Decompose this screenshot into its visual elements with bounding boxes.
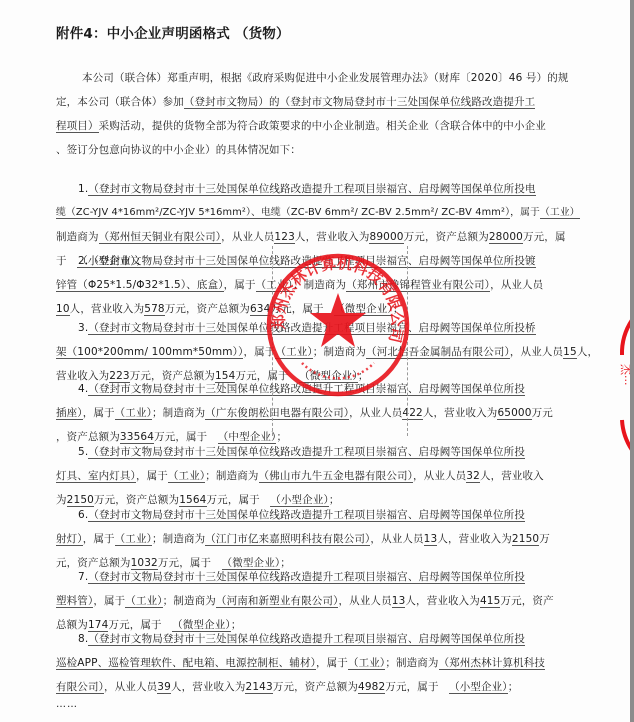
item-number: 2.: [78, 255, 88, 267]
ellipsis: ……: [56, 699, 78, 710]
label: ，从业人员: [221, 231, 274, 243]
label: ，属于: [243, 346, 275, 358]
goods-desc: 锌管（Φ25*1.5/Φ32*1.5）、底盒）: [56, 279, 224, 292]
item-number: 8.: [78, 633, 88, 645]
buyer-name: （登封市文物局）: [184, 96, 269, 109]
goods-desc: （登封市文物局登封市十三处国保单位线路改造提升工程项目崇福宫、启母阙等国保单位所…: [88, 446, 525, 459]
goods-desc: （登封市文物局登封市十三处国保单位线路改造提升工程项目崇福宫、启母阙等国保单位所…: [88, 383, 525, 396]
revenue: 89000: [369, 231, 403, 244]
manufacturer: （郑州市豫锦程管业有限公司）: [346, 279, 490, 292]
goods-desc: 巡检APP、巡检管理软件、配电箱、电源控制柜、辅材）: [56, 657, 316, 670]
label: ，属于: [316, 657, 348, 669]
label: 人，营业收入为: [295, 231, 370, 243]
industry: （工业）: [125, 595, 162, 608]
goods-desc: 灯具、室内灯具）: [56, 470, 136, 483]
item-5: 5.（登封市文物局登封市十三处国保单位线路改造提升工程项目崇福宫、启母阙等国保单…: [56, 440, 564, 512]
label: 万元，属于: [385, 681, 438, 693]
label: 人，营业收入为: [70, 303, 145, 315]
intro-paragraph: 本公司（联合体）郑重声明，根据《政府采购促进中小企业发展管理办法》（财库〔202…: [56, 66, 564, 162]
item-number: 1.: [78, 183, 88, 195]
item-number: 5.: [78, 446, 88, 458]
label: 人，营业收入为: [405, 595, 480, 607]
label: 万元，属于: [270, 303, 323, 315]
label: ，从业人员: [490, 279, 543, 291]
label: ，从业人员: [370, 533, 423, 545]
project-name: （登封市文物局登封市十三处国保单位线路改造提升工: [280, 96, 536, 109]
label: ；制造商为: [152, 407, 205, 419]
label: ；制造商为: [293, 279, 346, 291]
label: 人，营业收入为: [437, 533, 512, 545]
goods-desc: （登封市文物局登封市十三处国保单位线路改造提升工程项目崇福宫、启母阙等国保单位所…: [88, 183, 535, 196]
label: ；制造商为: [163, 595, 216, 607]
manufacturer: （郑州杰林计算机科技: [439, 657, 546, 670]
staff-count: 422: [402, 407, 423, 420]
label: ，属于: [83, 407, 115, 419]
label: 万元，资产总额为: [165, 303, 250, 315]
staff-count: 10: [56, 303, 70, 316]
goods-desc: 塑料管）: [56, 595, 93, 608]
label: ，从业人员: [338, 595, 391, 607]
item-8: 8.（登封市文物局登封市十三处国保单位线路改造提升工程项目崇福宫、启母阙等国保单…: [56, 627, 564, 699]
page-edge-scrollbar: [630, 0, 634, 722]
manufacturer: （河南和新塑业有限公司）: [216, 595, 339, 608]
label: ；制造商为: [205, 470, 258, 482]
enterprise-size: （小型企业）: [449, 681, 508, 694]
label: 万元，资产总额为: [273, 681, 358, 693]
enterprise-size: （微型企业）: [334, 303, 393, 316]
industry: （工业）: [168, 470, 205, 483]
revenue: 2143: [245, 681, 272, 694]
goods-desc: （登封市文物局登封市十三处国保单位线路改造提升工程项目崇福宫、启母阙等国保单位所…: [88, 255, 535, 268]
label: ；制造商为: [152, 533, 205, 545]
staff-count: 123: [274, 231, 295, 244]
label: 人，营业收入为: [171, 681, 246, 693]
industry: （工业）: [256, 279, 293, 292]
label: ；制造商为: [313, 346, 366, 358]
goods-desc: 插座）: [56, 407, 83, 420]
label: ；: [393, 303, 404, 315]
goods-desc: （登封市文物局登封市十三处国保单位线路改造提升工程项目崇福宫、启母阙等国保单位所…: [88, 633, 525, 646]
goods-desc: 缆（ZC-YJV 4*16mm²/ZC-YJV 5*16mm²）、电缆（ZC-B…: [56, 207, 510, 219]
item-number: 3.: [78, 322, 88, 334]
document-page: 附件4：中小企业声明函格式 （货物） 本公司（联合体）郑重声明，根据《政府采购促…: [0, 0, 630, 722]
label: ，属于: [136, 470, 168, 482]
intro-text: 、签订分包意向协议的中小企业）的具体情况如下：: [56, 144, 301, 156]
staff-count: 32: [466, 470, 480, 483]
label: 人，营业收入为: [423, 407, 498, 419]
intro-text: 采购活动，提供的货物全部为符合政策要求的中小企业制造。相关企业（含联合体中的中小…: [99, 120, 546, 132]
label: ；: [508, 681, 519, 693]
label: ，属于: [83, 533, 115, 545]
industry: （工业）: [348, 657, 385, 670]
staff-count: 15: [563, 346, 577, 359]
intro-line: 本公司（联合体）郑重声明，根据《政府采购促进中小企业发展管理办法》（财库〔202…: [82, 72, 569, 84]
goods-desc: （登封市文物局登封市十三处国保单位线路改造提升工程项目崇福宫、启母阙等国保单位所…: [88, 322, 535, 335]
industry: （工业）: [115, 407, 152, 420]
revenue: 65000: [497, 407, 531, 420]
item-number: 4.: [78, 383, 88, 395]
label: ；制造商为: [385, 657, 438, 669]
item-number: 7.: [78, 571, 88, 583]
staff-count: 39: [157, 681, 171, 694]
assets: 634: [250, 303, 271, 316]
project-name-cont: 程项目）: [56, 120, 99, 133]
item-2: 2.（登封市文物局登封市十三处国保单位线路改造提升工程项目崇福宫、启母阙等国保单…: [56, 249, 564, 321]
manufacturer: （河北怡吾金属制品有限公司）: [366, 346, 510, 359]
label: ，从业人员: [413, 470, 466, 482]
label: ，从业人员: [510, 346, 563, 358]
label: 万: [539, 533, 550, 545]
goods-desc: 射灯）: [56, 533, 83, 546]
label: 万元，资产总额为: [404, 231, 489, 243]
label: ，属于: [510, 207, 540, 218]
manufacturer: （广东俊朗松田电器有限公司）: [205, 407, 349, 420]
goods-desc: （登封市文物局登封市十三处国保单位线路改造提升工程项目崇福宫、启母阙等国保单位所…: [88, 571, 525, 584]
item-4: 4.（登封市文物局登封市十三处国保单位线路改造提升工程项目崇福宫、启母阙等国保单…: [56, 377, 564, 449]
intro-text: 定，本公司（联合体）参加: [56, 96, 184, 108]
manufacturer: （江门市亿来嘉照明科技有限公司）: [205, 533, 370, 546]
item-number: 6.: [78, 509, 88, 521]
label: 人，营业收入: [480, 470, 544, 482]
staff-count: 13: [424, 533, 438, 546]
revenue: 578: [144, 303, 165, 316]
label: ，从业人员: [349, 407, 402, 419]
industry: （工业）: [115, 533, 152, 546]
revenue: 2150: [512, 533, 539, 546]
goods-desc: （登封市文物局登封市十三处国保单位线路改造提升工程项目崇福宫、启母阙等国保单位所…: [88, 509, 525, 522]
document-title: 附件4：中小企业声明函格式 （货物）: [56, 22, 290, 42]
intro-text: 的: [269, 96, 280, 109]
assets: 4982: [358, 681, 385, 694]
goods-desc: 架（100*200mm/ 100mm*50mm））: [56, 346, 243, 359]
label: 制造商为: [56, 231, 99, 243]
label: 人，: [577, 346, 598, 358]
manufacturer: （佛山市九牛五金电器有限公司）: [259, 470, 414, 483]
industry: （工业）: [275, 346, 312, 359]
label: 万元: [532, 407, 553, 419]
staff-count: 13: [392, 595, 406, 608]
label: 万元，属: [523, 231, 566, 243]
revenue: 415: [480, 595, 501, 608]
label: ，属于: [93, 595, 125, 607]
label: ，从业人员: [104, 681, 157, 693]
industry: （工业）: [540, 207, 580, 219]
assets: 28000: [489, 231, 523, 244]
manufacturer: （郑州恒天铜业有限公司）: [99, 231, 222, 244]
label: ，属于: [224, 279, 256, 291]
label: 万元，资产: [500, 595, 553, 607]
manufacturer: 有限公司）: [56, 681, 104, 694]
